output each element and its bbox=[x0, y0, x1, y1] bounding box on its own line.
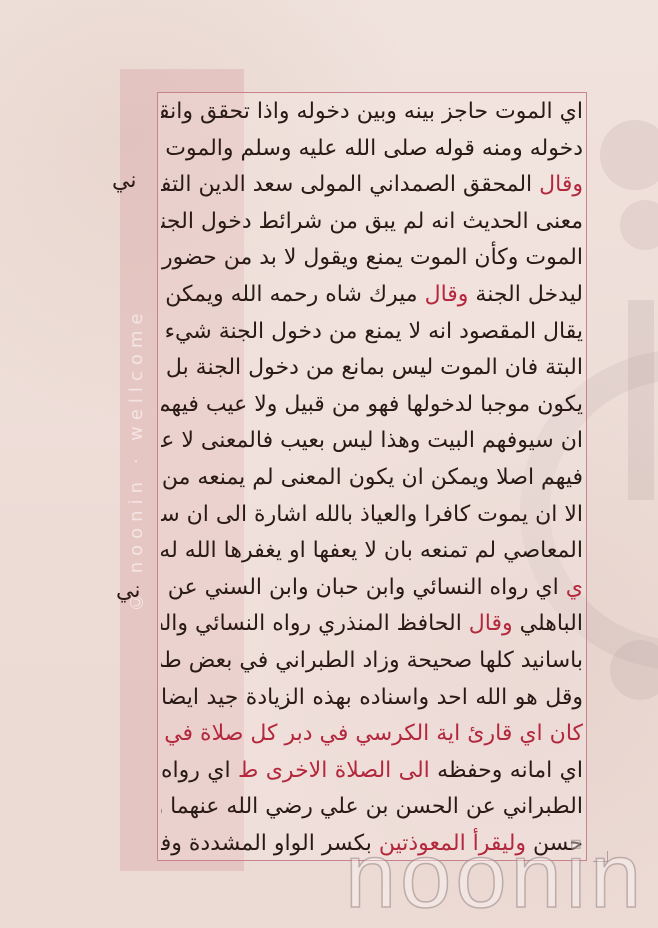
rubric-text: ي bbox=[566, 575, 583, 600]
rubric-text: في ذمة الله bbox=[161, 721, 193, 746]
body-text: اي رواه bbox=[161, 758, 238, 783]
rubric-text: وقال bbox=[425, 282, 469, 307]
manuscript-line: اي امانه وحفظه الى الصلاة الاخرى ط اي رو… bbox=[161, 753, 583, 790]
manuscript-line: يقال المقصود انه لا يمنع من دخول الجنة ش… bbox=[161, 314, 583, 351]
body-text: الطبراني عن الحسن بن علي رضي الله عنهما … bbox=[161, 794, 583, 819]
rubric-text: كان اي قارئ اية الكرسي في دبر كل صلاة bbox=[193, 721, 583, 746]
manuscript-line: ان سيوفهم البيت وهذا ليس بعيب فالمعنى لا… bbox=[161, 423, 583, 460]
manuscript-line: ليدخل الجنة وقال ميرك شاه رحمه الله ويمك… bbox=[161, 277, 583, 314]
body-text: الا ان يموت كافرا والعياذ بالله اشارة ال… bbox=[161, 502, 583, 527]
manuscript-line: البتة فان الموت ليس بمانع من دخول الجنة … bbox=[161, 350, 583, 387]
manuscript-page: © noonin · wellcome اي الموت حاجز بينه و… bbox=[0, 0, 658, 928]
manuscript-line: يكون موجبا لدخولها فهو من قبيل ولا عيب ف… bbox=[161, 387, 583, 424]
body-text: المحقق الصمداني المولى سعد الدين التفتاز… bbox=[161, 172, 539, 197]
body-text: باسانيد كلها صحيحة وزاد الطبراني في بعض … bbox=[161, 648, 583, 673]
body-text: يكون موجبا لدخولها فهو من قبيل ولا عيب ف… bbox=[161, 392, 583, 417]
manuscript-line: وقال المحقق الصمداني المولى سعد الدين ال… bbox=[161, 167, 583, 204]
manuscript-line: الباهلي وقال الحافظ المنذري رواه النسائي… bbox=[161, 606, 583, 643]
manuscript-line: الا ان يموت كافرا والعياذ بالله اشارة ال… bbox=[161, 497, 583, 534]
rubric-text: الى الصلاة الاخرى ط bbox=[238, 758, 430, 783]
manuscript-line: الموت وكأن الموت يمنع ويقول لا بد من حضو… bbox=[161, 240, 583, 277]
manuscript-line: معنى الحديث انه لم يبق من شرائط دخول الج… bbox=[161, 204, 583, 241]
manuscript-line: دخوله ومنه قوله صلى الله عليه وسلم والمو… bbox=[161, 131, 583, 168]
body-text: وقل هو الله احد واسناده بهذه الزيادة جيد… bbox=[161, 685, 583, 710]
body-text: الباهلي bbox=[513, 611, 583, 636]
manuscript-line: باسانيد كلها صحيحة وزاد الطبراني في بعض … bbox=[161, 643, 583, 680]
floral-ornament-mid-right bbox=[620, 200, 658, 250]
body-text: دخوله ومنه قوله صلى الله عليه وسلم والمو… bbox=[161, 136, 583, 161]
body-text: فيهم اصلا ويمكن ان يكون المعنى لم يمنعه … bbox=[161, 465, 583, 490]
manuscript-line: الطبراني عن الحسن بن علي رضي الله عنهما … bbox=[161, 789, 583, 826]
manuscript-line: ي اي رواه النسائي وابن حبان وابن السني ع… bbox=[161, 570, 583, 607]
rubric-text: وقال bbox=[539, 172, 583, 197]
manuscript-line: المعاصي لم تمنعه بان لا يعفها او يغفرها … bbox=[161, 533, 583, 570]
body-text: معنى الحديث انه لم يبق من شرائط دخول الج… bbox=[161, 209, 583, 234]
body-text: ان سيوفهم البيت وهذا ليس بعيب فالمعنى لا… bbox=[161, 428, 583, 453]
body-text: اي الموت حاجز بينه وبين دخوله واذا تحقق … bbox=[161, 99, 583, 124]
manuscript-line: اي الموت حاجز بينه وبين دخوله واذا تحقق … bbox=[161, 94, 583, 131]
manuscript-line: كان اي قارئ اية الكرسي في دبر كل صلاة في… bbox=[161, 716, 583, 753]
rubric-text: وقال bbox=[469, 611, 513, 636]
body-text: الموت وكأن الموت يمنع ويقول لا بد من حضو… bbox=[161, 245, 583, 270]
margin-note-lower: ني bbox=[116, 578, 140, 603]
manuscript-line: وقل هو الله احد واسناده بهذه الزيادة جيد… bbox=[161, 680, 583, 717]
body-text: ميرك شاه رحمه الله ويمكن ان bbox=[161, 282, 425, 307]
manuscript-text-block: اي الموت حاجز بينه وبين دخوله واذا تحقق … bbox=[161, 94, 583, 862]
noonin-watermark: noonin bbox=[345, 830, 645, 922]
margin-note-upper: ني bbox=[112, 168, 136, 193]
body-text: يقال المقصود انه لا يمنع من دخول الجنة ش… bbox=[161, 319, 583, 344]
body-text: المعاصي لم تمنعه بان لا يعفها او يغفرها … bbox=[161, 538, 583, 563]
body-text: اي رواه النسائي وابن حبان وابن السني عن … bbox=[161, 575, 566, 600]
body-text: اي امانه وحفظه bbox=[430, 758, 583, 783]
minaret-watermark bbox=[628, 300, 654, 500]
body-text: الحافظ المنذري رواه النسائي والطبر bbox=[161, 611, 469, 636]
body-text: ليدخل الجنة bbox=[468, 282, 583, 307]
manuscript-line: فيهم اصلا ويمكن ان يكون المعنى لم يمنعه … bbox=[161, 460, 583, 497]
floral-ornament-top-right bbox=[600, 120, 658, 190]
body-text: البتة فان الموت ليس بمانع من دخول الجنة … bbox=[161, 355, 583, 380]
